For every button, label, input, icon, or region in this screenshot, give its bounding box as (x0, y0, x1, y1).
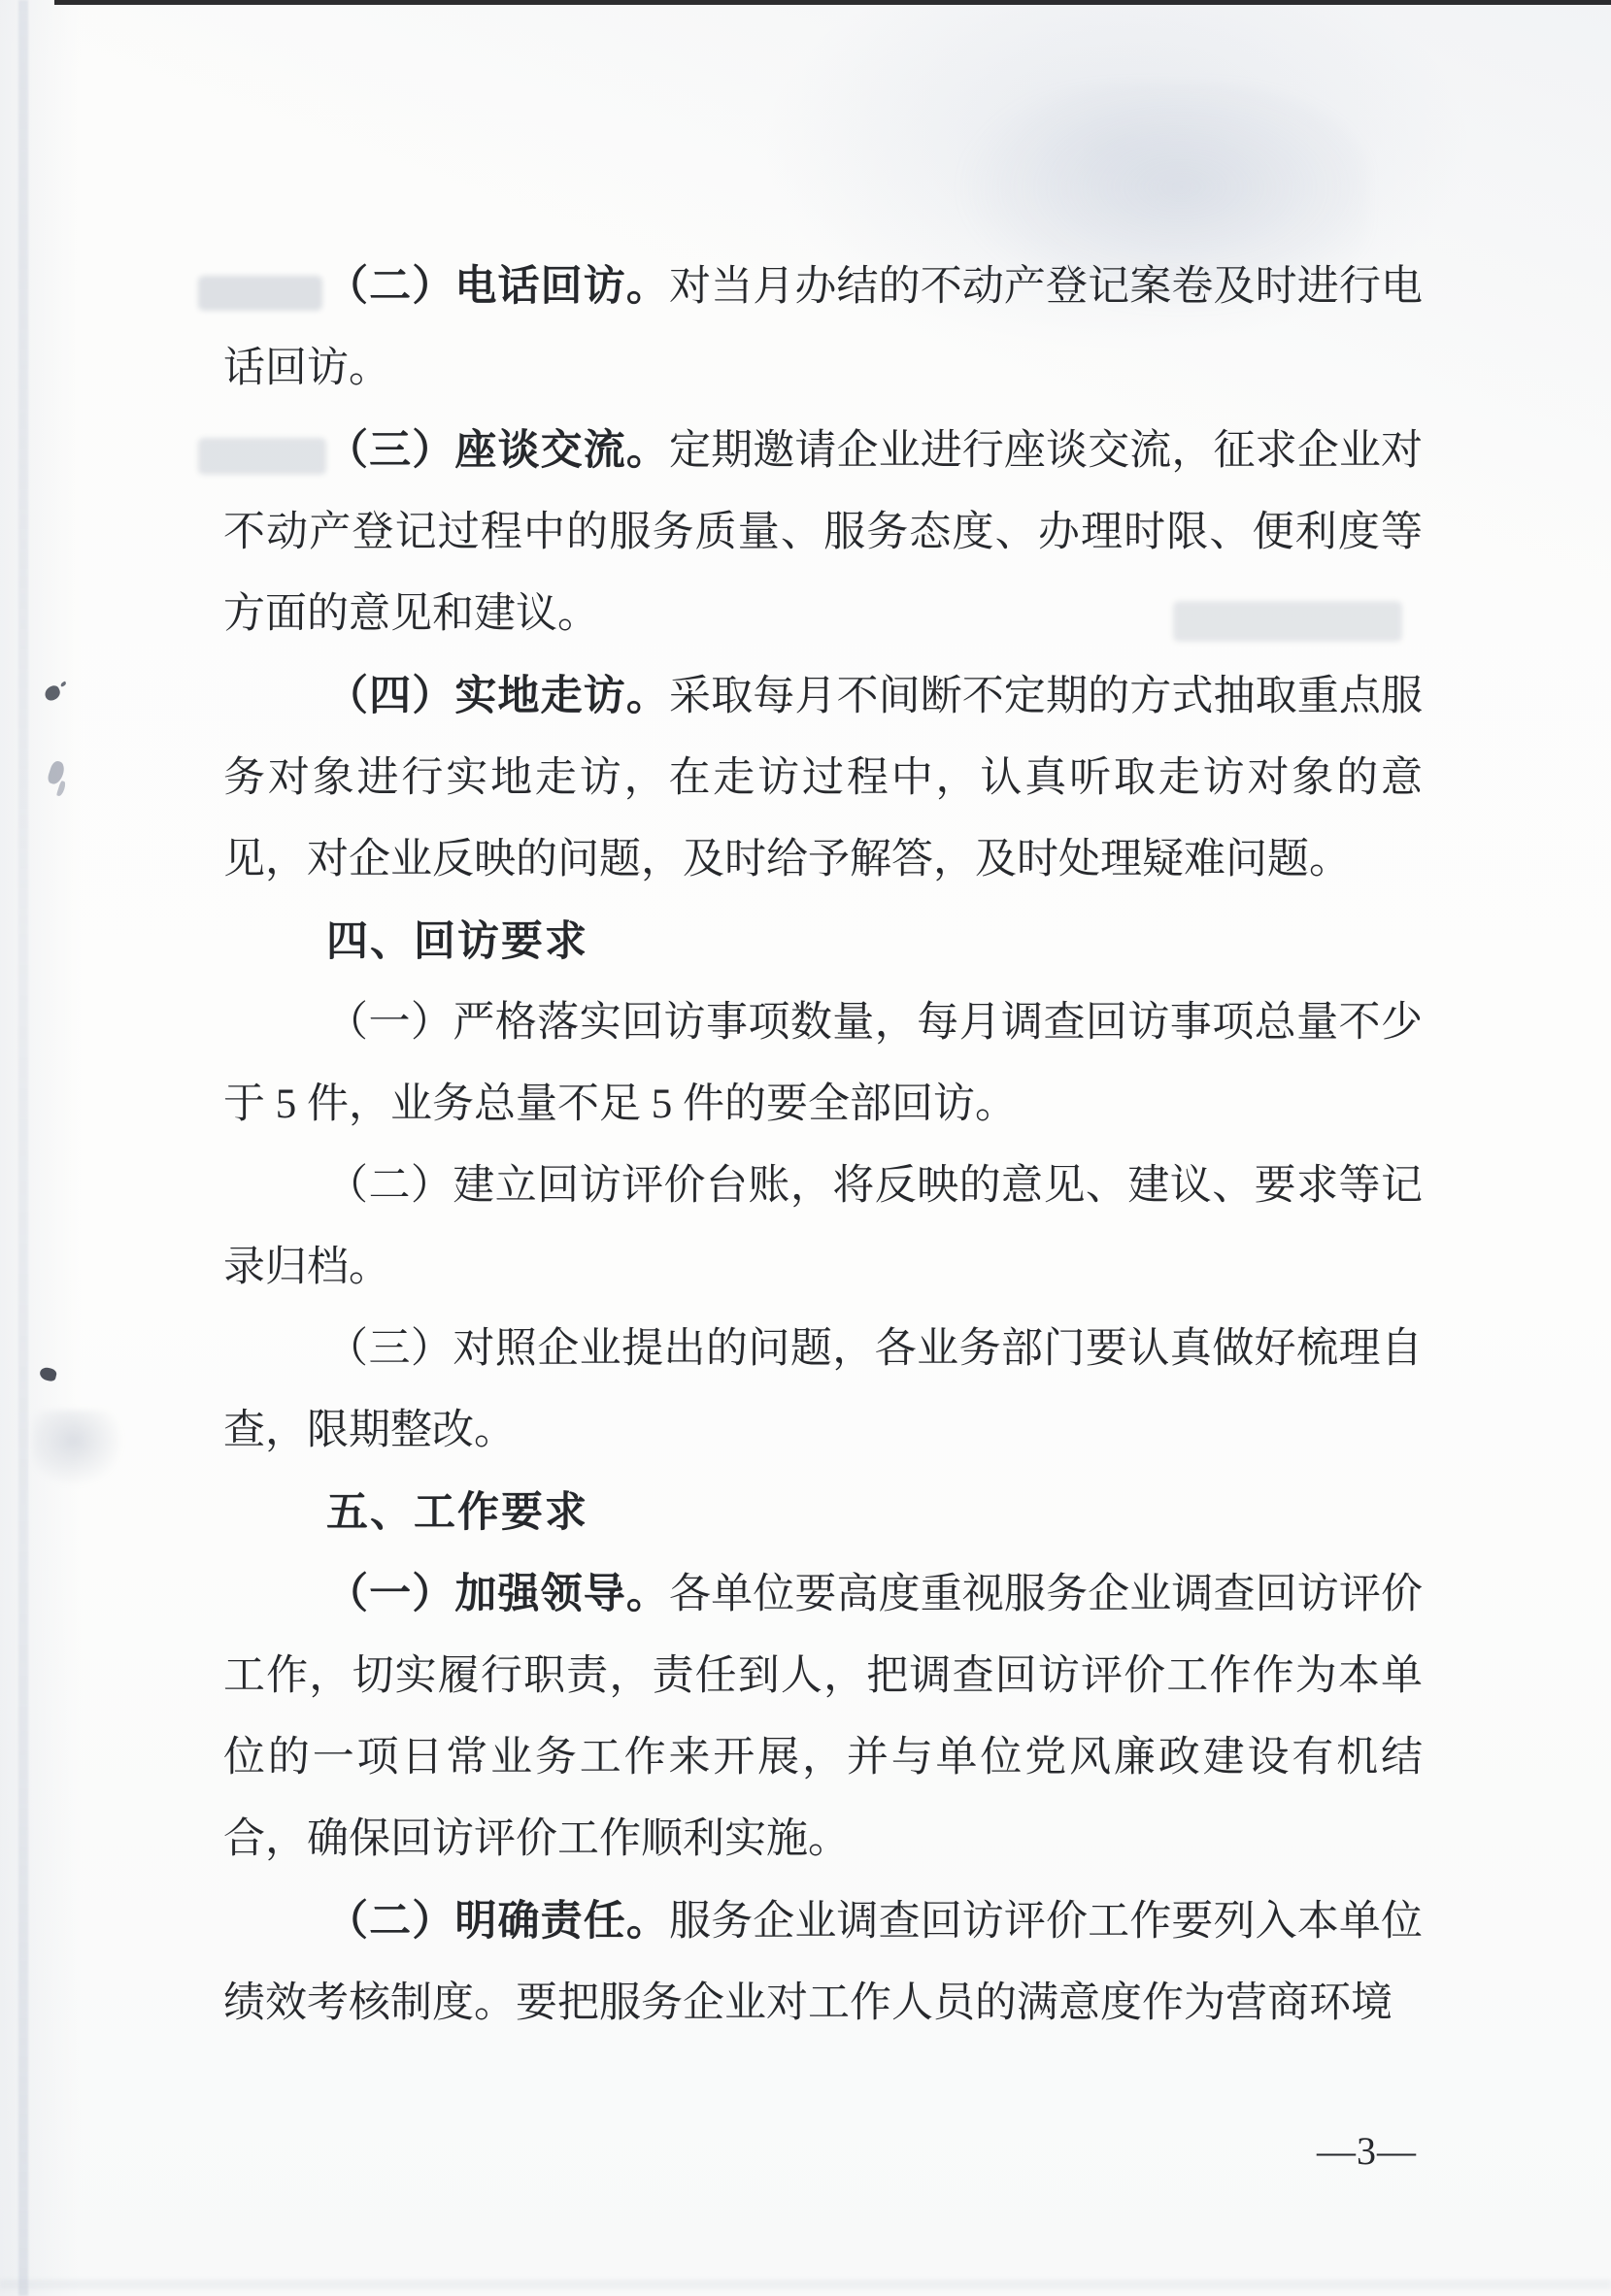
section-heading: 五、工作要求 (223, 1472, 1423, 1553)
scanner-bottom-band (0, 2279, 1611, 2289)
section-heading: 四、回访要求 (223, 901, 1423, 982)
paragraph: （二）建立回访评价台账，将反映的意见、建议、要求等记录归档。 (223, 1146, 1423, 1309)
ink-speck (39, 1366, 58, 1382)
paragraph-text: （二）建立回访评价台账，将反映的意见、建议、要求等记录归档。 (223, 1163, 1423, 1290)
paragraph-lead: （二）明确责任。 (326, 1898, 669, 1945)
paragraph-text: （一）严格落实回访事项数量，每月调查回访事项总量不少于 5 件，业务总量不足 5… (223, 1000, 1423, 1127)
paragraph: （三）座谈交流。定期邀请企业进行座谈交流，征求企业对不动产登记过程中的服务质量、… (223, 410, 1423, 655)
scanner-streak (18, 0, 28, 2296)
paragraph: （二）电话回访。对当月办结的不动产登记案卷及时进行电话回访。 (223, 246, 1423, 410)
ink-speck (47, 759, 67, 785)
paragraph-lead: （一）加强领导。 (326, 1571, 669, 1617)
document-body: （二）电话回访。对当月办结的不动产登记案卷及时进行电话回访。 （三）座谈交流。定… (223, 246, 1423, 2045)
ink-speck (43, 683, 62, 702)
paragraph: （四）实地走访。采取每月不间断不定期的方式抽取重点服务对象进行实地走访，在走访过… (223, 655, 1423, 901)
scanner-top-edge (54, 0, 1611, 5)
paragraph-lead: （三）座谈交流。 (326, 427, 669, 474)
ink-smudge (32, 1410, 124, 1487)
page-number: —3— (1317, 2129, 1417, 2174)
paragraph: （三）对照企业提出的问题，各业务部门要认真做好梳理自查，限期整改。 (223, 1309, 1423, 1472)
paragraph: （一）严格落实回访事项数量，每月调查回访事项总量不少于 5 件，业务总量不足 5… (223, 982, 1423, 1146)
paragraph: （二）明确责任。服务企业调查回访评价工作要列入本单位绩效考核制度。要把服务企业对… (223, 1880, 1423, 2045)
paragraph-lead: （二）电话回访。 (326, 263, 669, 310)
paragraph: （一）加强领导。各单位要高度重视服务企业调查回访评价工作，切实履行职责，责任到人… (223, 1553, 1423, 1880)
paragraph-text: （三）对照企业提出的问题，各业务部门要认真做好梳理自查，限期整改。 (223, 1326, 1423, 1453)
scanned-document-page: （二）电话回访。对当月办结的不动产登记案卷及时进行电话回访。 （三）座谈交流。定… (0, 0, 1611, 2296)
paragraph-lead: （四）实地走访。 (326, 673, 669, 719)
